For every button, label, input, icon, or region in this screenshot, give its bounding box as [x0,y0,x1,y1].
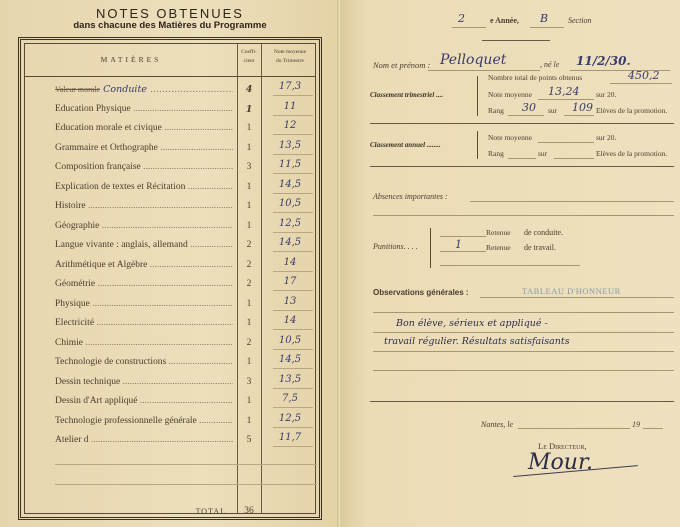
coef-cell: 1 [237,104,261,115]
work-detention-count: 1 [455,238,462,251]
grade-cell: 11 [263,101,317,112]
subject-cell: Education morale et civique [55,123,233,133]
grade-cell: 12,5 [263,413,317,424]
table-row: Grammaire et Orthographe 1 13,5 [25,139,317,159]
table-row: Composition française 3 11,5 [25,158,317,178]
subject-cell: Technologie professionnelle générale [55,416,233,426]
honor-roll-stamp: TABLEAU D'HONNEUR [522,286,621,296]
subject-cell: Technologie de constructions [55,357,233,367]
subject-cell: Explication de textes et Récitation [55,182,233,192]
header-grade: Note moyenne du Trimestre [263,48,317,66]
table-row: Technologie professionnelle générale 1 1… [25,412,317,432]
grade-cell: 13 [263,296,317,307]
grades-table: MATIÈRES Coeffi- cient Note moyenne du T… [18,37,322,520]
table-row: Explication de textes et Récitation 1 14… [25,178,317,198]
annual-rank-of-label: sur [538,149,547,158]
subject-cell: Géométrie [55,279,233,289]
coef-cell: 1 [237,299,261,309]
table-row: Technologie de constructions 1 14,5 [25,353,317,373]
total-label: TOTAL. . [185,507,235,516]
coef-cell: 1 [237,357,261,367]
grade-cell: 14,5 [263,237,317,248]
total-coefficient: 36 [237,506,261,516]
average-value: 13,24 [548,85,580,98]
left-page-grades: NOTES OBTENUES dans chacune des Matières… [0,0,340,527]
coef-cell: 2 [237,279,261,289]
subject-cell: Chimie [55,338,233,348]
table-row: Langue vivante : anglais, allemand 2 14,… [25,236,317,256]
section-value: B [540,12,548,25]
grade-cell: 13,5 [263,374,317,385]
table-row: Valeur morale Conduite 4 17,3 [25,80,317,100]
grade-cell: 17 [263,276,317,287]
subject-cell: Composition française [55,162,233,172]
subject-cell: Education Physique [55,104,233,114]
grade-cell: 11,7 [263,432,317,443]
subject-cell: Histoire [55,201,233,211]
coef-cell: 1 [237,221,261,231]
detention-label: Retenue [486,228,511,237]
table-row: Atelier d 5 11,7 [25,431,317,451]
table-row: Arithmétique et Algèbre 2 14 [25,256,317,276]
grade-cell: 7,5 [263,393,317,404]
coef-cell: 4 [237,84,261,95]
subject-cell: Géographie [55,221,233,231]
page-subtitle: dans chacune des Matières du Programme [0,20,340,31]
table-row: Electricité 1 14 [25,314,317,334]
table-row: Dessin technique 3 13,5 [25,373,317,393]
birth-date: 11/2/30. [576,54,631,68]
year-value: 2 [458,12,465,25]
coef-cell: 1 [237,123,261,133]
name-label: Nom et prénom : [373,60,430,70]
right-page-summary: 2 e Année, B Section Nom et prénom : Pel… [340,0,680,527]
table-row: Histoire 1 10,5 [25,197,317,217]
rank-label: Rang [488,106,504,115]
subject-cell: Dessin technique [55,377,233,387]
grade-cell: 12 [263,120,317,131]
work-label: de travail. [524,243,556,252]
observation-line-1: Bon élève, sérieux et appliqué - [396,318,548,329]
subject-cell: Valeur morale Conduite [55,84,233,95]
header-coefficient: Coeffi- cient [237,48,261,66]
grade-cell: 12,5 [263,218,317,229]
rank-value: 30 [522,101,536,114]
coef-cell: 1 [237,182,261,192]
punishments-label: Punitions. . . . [373,242,418,251]
average-label: Note moyenne [488,90,532,99]
table-row: Education Physique 1 11 [25,100,317,120]
observations-label: Observations générales : [373,288,469,297]
born-label: , né le [540,60,559,69]
annual-students-label: Elèves de la promotion. [596,149,667,158]
grade-cell: 13,5 [263,140,317,151]
blank-row-line [55,484,317,485]
brace [477,131,478,159]
grade-cell: 11,5 [263,159,317,170]
coef-cell: 1 [237,396,261,406]
subject-cell: Arithmétique et Algèbre [55,260,233,270]
absences-label: Absences importantes : [373,192,448,201]
subject-cell: Langue vivante : anglais, allemand [55,240,233,250]
grade-cell: 14,5 [263,179,317,190]
total-points-label: Nombre total de points obtenus [488,73,582,82]
annual-average-suffix: sur 20. [596,133,616,142]
year-prefix: 19 [632,420,640,429]
detention-label: Retenue [486,243,511,252]
header-subjects: MATIÈRES [25,44,237,76]
table-row: Dessin d'Art appliqué 1 7,5 [25,392,317,412]
coef-cell: 3 [237,377,261,387]
subject-cell: Physique [55,299,233,309]
table-header: MATIÈRES Coeffi- cient Note moyenne du T… [25,44,315,77]
coef-cell: 2 [237,260,261,270]
coef-cell: 5 [237,435,261,445]
brace [430,228,431,268]
section-label: Section [568,16,592,25]
place-date-label: Nantes, le [481,420,513,429]
table-row: Géographie 1 12,5 [25,217,317,237]
coef-cell: 3 [237,162,261,172]
coef-cell: 1 [237,318,261,328]
coef-cell: 2 [237,338,261,348]
page-title: NOTES OBTENUES [0,6,340,21]
table-row: Chimie 2 10,5 [25,334,317,354]
students-label: Elèves de la promotion. [596,106,667,115]
student-name: Pelloquet [440,52,506,68]
grade-cell: 10,5 [263,335,317,346]
table-row: Education morale et civique 1 12 [25,119,317,139]
observation-line-2: travail régulier. Résultats satisfaisant… [384,336,570,347]
trimester-ranking-label: Classement trimestriel .... [370,91,443,99]
grade-cell: 14,5 [263,354,317,365]
coef-cell: 1 [237,143,261,153]
conduct-label: de conduite. [524,228,563,237]
coef-cell: 1 [237,201,261,211]
subject-cell: Dessin d'Art appliqué [55,396,233,406]
subject-cell: Electricité [55,318,233,328]
annual-rank-label: Rang [488,149,504,158]
table-row: Géométrie 2 17 [25,275,317,295]
brace [477,76,478,116]
annual-average-label: Note moyenne [488,133,532,142]
grade-cell: 14 [263,257,317,268]
grade-cell: 17,3 [263,81,317,92]
class-size-value: 109 [572,101,593,114]
grade-cell: 14 [263,315,317,326]
subject-cell: Atelier d [55,435,233,445]
blank-row-line [55,464,317,465]
subject-cell: Grammaire et Orthographe [55,143,233,153]
rank-of-label: sur [548,106,557,115]
coef-cell: 1 [237,416,261,426]
average-suffix: sur 20. [596,90,616,99]
grade-cell: 10,5 [263,198,317,209]
table-row: Physique 1 13 [25,295,317,315]
total-points-value: 450,2 [628,69,660,82]
coef-cell: 2 [237,240,261,250]
annual-ranking-label: Classement annuel ........ [370,141,441,149]
year-label: e Année, [490,16,519,25]
